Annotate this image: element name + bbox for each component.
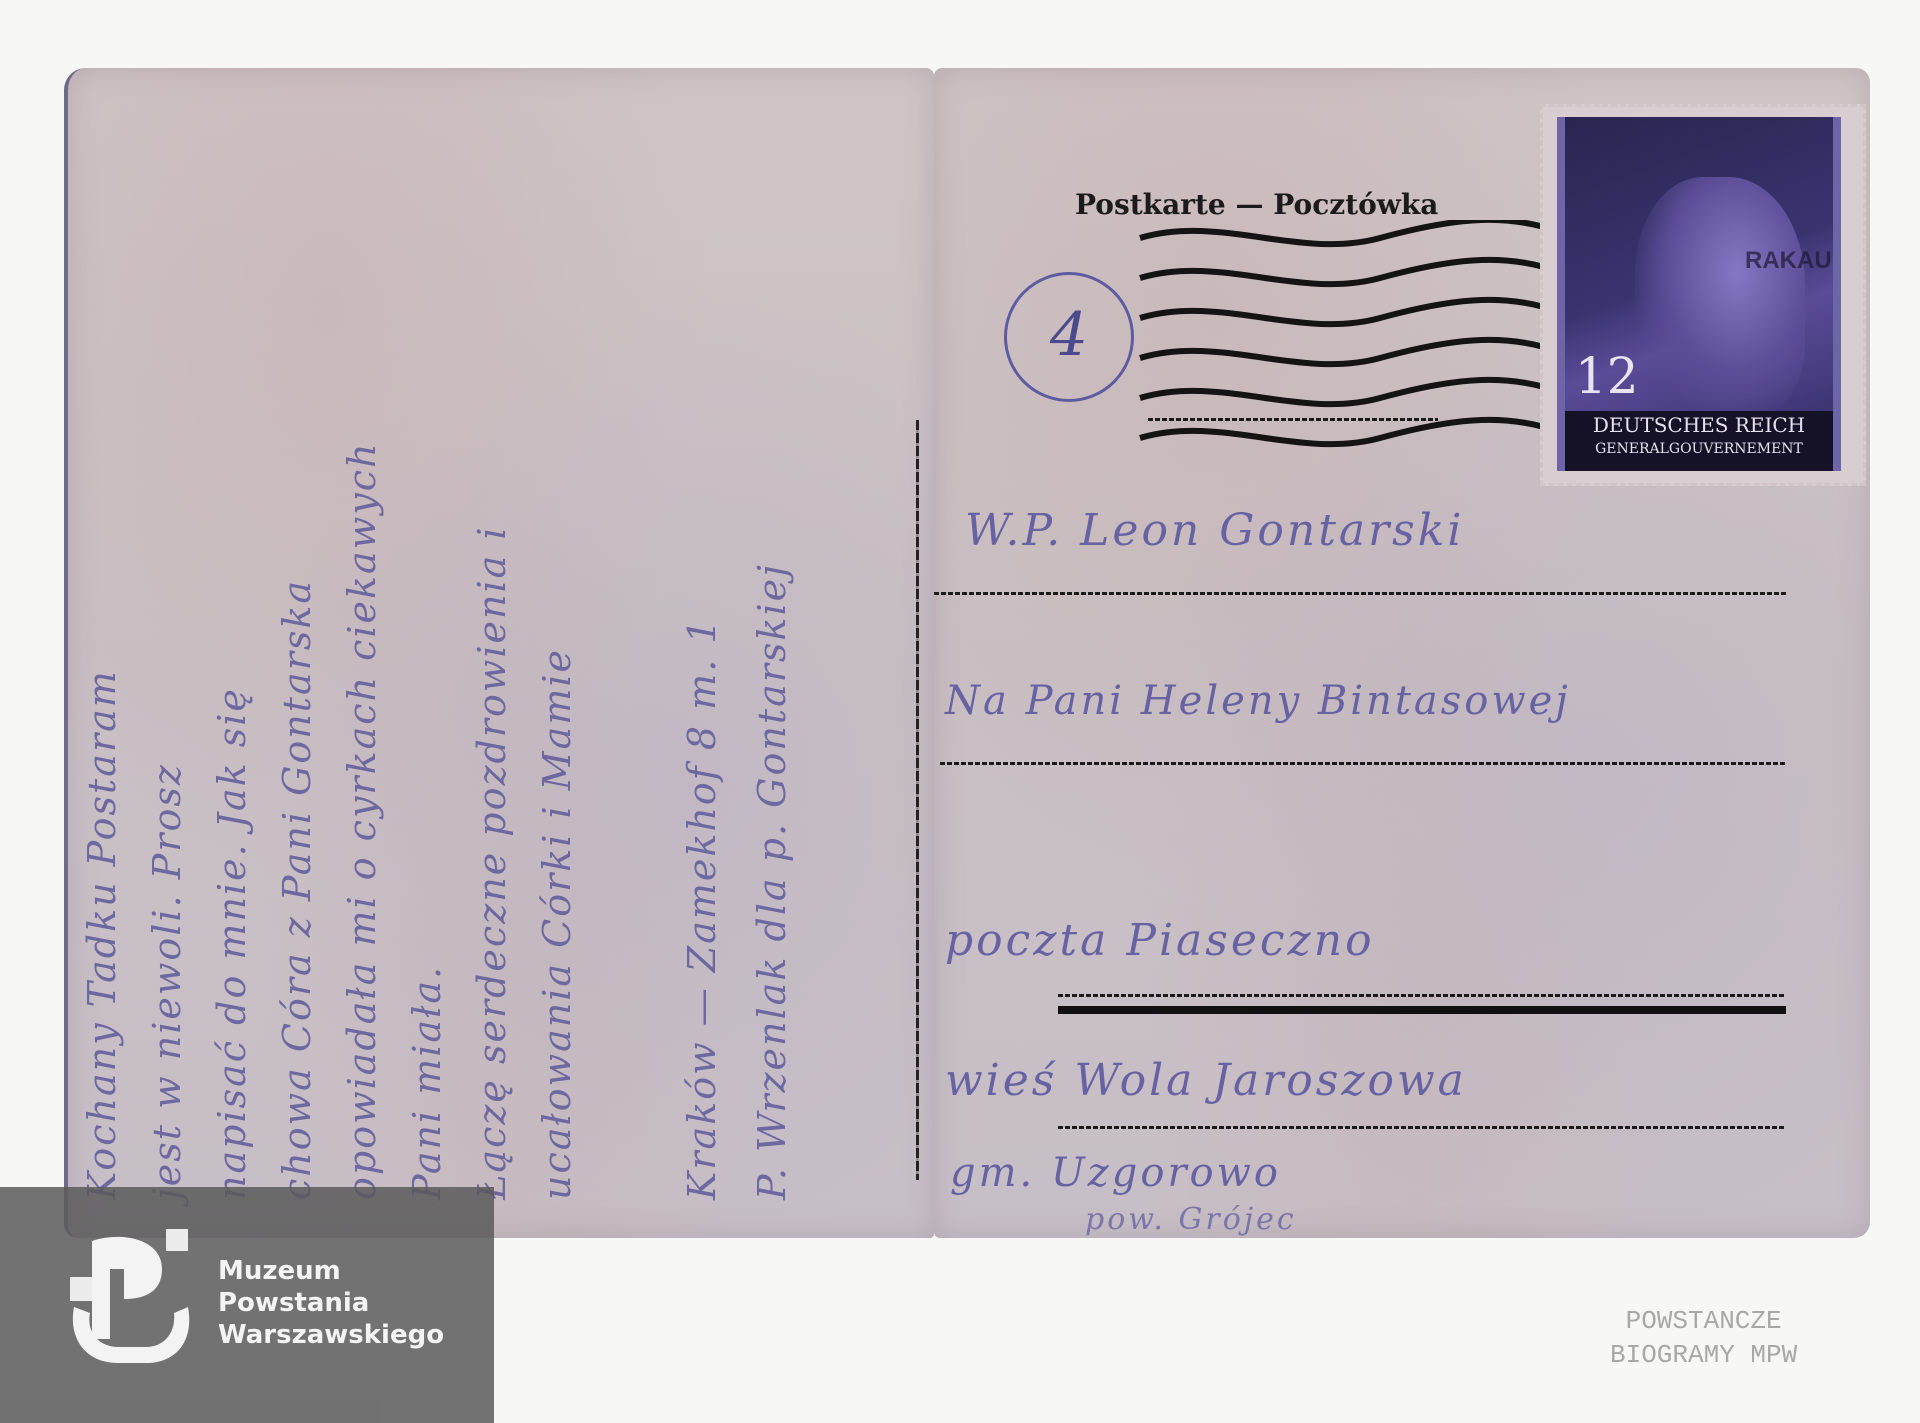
museum-name: Muzeum Powstania Warszawskiego: [218, 1255, 444, 1351]
letter-line: P. Wrzenlak dla p. Gontarskiej: [750, 563, 794, 1200]
dotted-rule: [934, 592, 1786, 595]
address-care-of: Na Pani Heleny Bintasowej: [945, 678, 1571, 724]
solid-rule: [1058, 1006, 1786, 1014]
address-county: pow. Grójec: [1085, 1202, 1297, 1237]
dotted-rule: [940, 762, 1786, 765]
watermark-line: BIOGRAMY MPW: [1610, 1338, 1797, 1372]
stamp-caption: DEUTSCHES REICH GENERALGOUVERNEMENT: [1565, 411, 1833, 471]
postage-stamp: RAKAU 12 DEUTSCHES REICH GENERALGOUVERNE…: [1540, 104, 1866, 486]
handwritten-letter: Kochany Tadku Postaram jest w niewoli. P…: [70, 80, 930, 1230]
address-recipient: W.P. Leon Gontarski: [965, 505, 1465, 556]
kotwica-anchor-icon: [62, 1229, 202, 1369]
stamp-value: 12: [1575, 347, 1639, 405]
museum-name-line: Warszawskiego: [218, 1319, 444, 1351]
dotted-rule: [1058, 1126, 1786, 1129]
museum-name-line: Muzeum: [218, 1255, 444, 1287]
watermark-line: POWSTANCZE: [1610, 1304, 1797, 1338]
postmark-circle: 4: [1004, 272, 1134, 402]
address-post-office: poczta Piaseczno: [945, 915, 1375, 966]
letter-line: opowiadała mi o cyrkach ciekawych: [340, 442, 384, 1200]
letter-line: Pani miała.: [405, 965, 449, 1200]
letter-line: Kochany Tadku Postaram: [80, 669, 124, 1200]
letter-line: Łączę serdeczne pozdrowienia i: [470, 525, 514, 1200]
stamp-cancel-mark: RAKAU: [1745, 247, 1832, 275]
stamp-line2: GENERALGOUVERNEMENT: [1565, 439, 1833, 459]
address-village: wieś Wola Jaroszowa: [945, 1055, 1467, 1106]
postcard-heading: Postkarte — Pocztówka: [1075, 188, 1438, 221]
portrait-icon: [1635, 177, 1805, 417]
letter-line: ucałowania Córki i Mamie: [535, 648, 579, 1200]
dotted-rule: [1148, 418, 1438, 421]
stamp-image: RAKAU 12 DEUTSCHES REICH GENERALGOUVERNE…: [1557, 117, 1841, 471]
stamp-line1: DEUTSCHES REICH: [1565, 411, 1833, 439]
museum-name-line: Powstania: [218, 1287, 444, 1319]
letter-line: jest w niewoli. Prosz: [145, 763, 189, 1200]
wavy-cancellation-lines: [1130, 220, 1560, 460]
letter-line: chowa Córa z Pani Gontarska: [275, 579, 319, 1200]
watermark: POWSTANCZE BIOGRAMY MPW: [1610, 1304, 1797, 1372]
address-commune: gm. Uzgorowo: [950, 1150, 1281, 1196]
museum-logo: Muzeum Powstania Warszawskiego: [0, 1187, 494, 1423]
postmark-number: 4: [1050, 300, 1088, 370]
letter-line: Kraków — Zamekhof 8 m. 1: [680, 617, 724, 1200]
dotted-rule: [1058, 994, 1786, 997]
letter-line: napisać do mnie. Jak się: [210, 687, 254, 1200]
